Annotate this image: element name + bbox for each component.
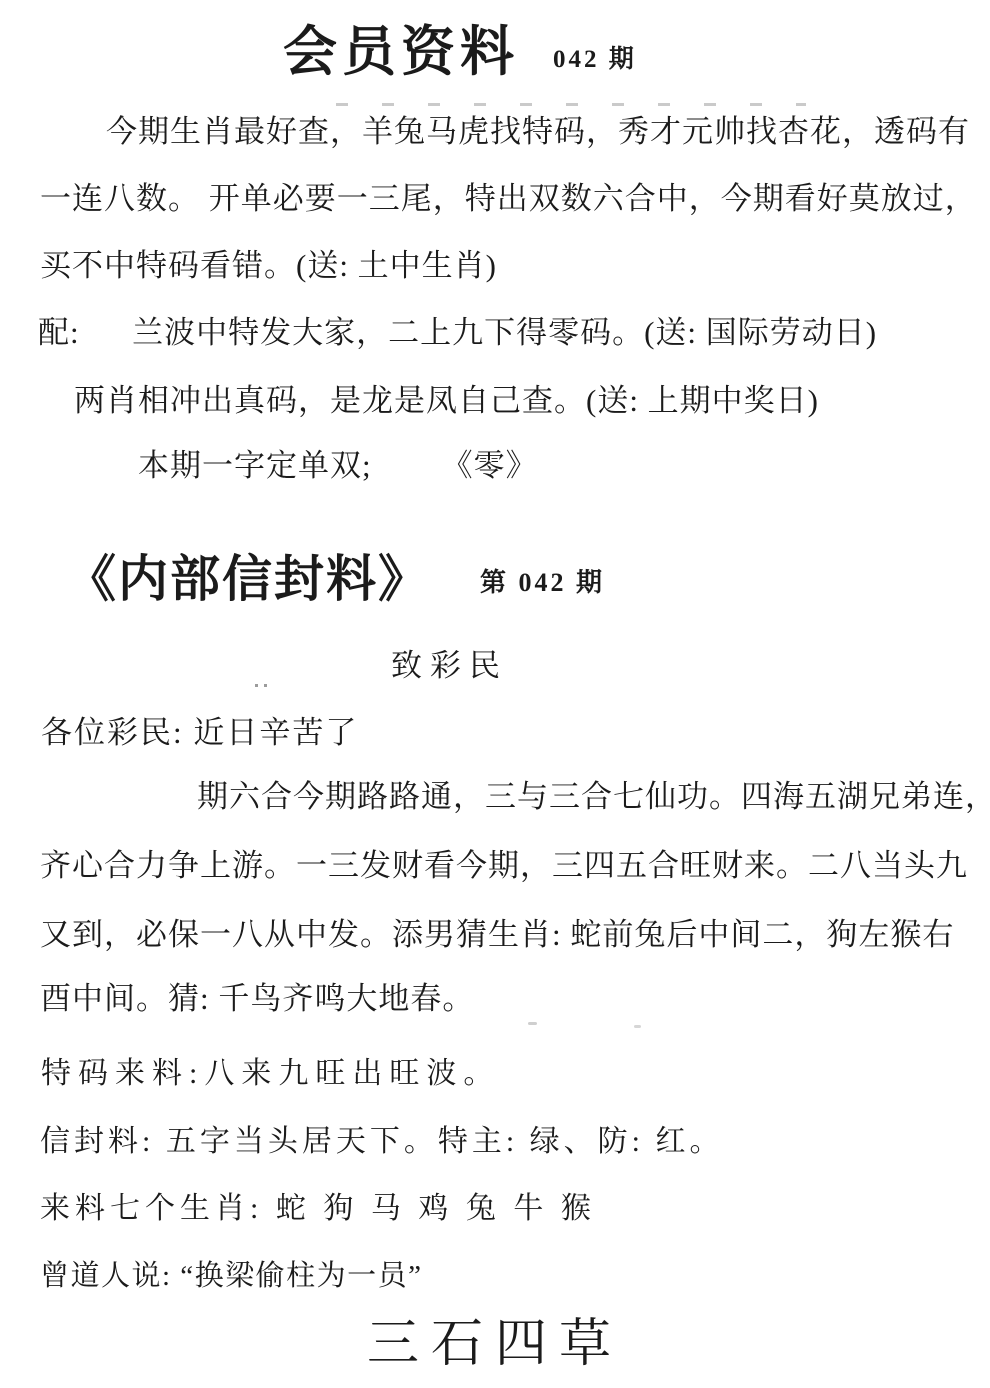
member-section-header: 会员资料 042 期: [283, 24, 637, 81]
scan-noise-dots-2: [528, 1022, 537, 1025]
envelope-body-line-3: 又到，必保一八从中发。添男猜生肖: 蛇前兔后中间二，狗左猴右: [40, 916, 954, 953]
envelope-body-line-2: 齐心合力争上游。一三发财看今期，三四五合旺财来。二八当头九: [40, 847, 968, 884]
salutation: 致彩民: [391, 647, 508, 684]
greeting-line: 各位彩民: 近日辛苦了: [41, 714, 358, 751]
signature-seal: 三石四草: [0, 1314, 990, 1376]
member-title: 会员资料: [283, 24, 519, 81]
member-odd-even-line: 本期一字定单双; 《零》: [138, 447, 538, 484]
letter-material-line: 信封料: 五字当头居天下。特主: 绿、防: 红。: [40, 1124, 724, 1160]
scan-noise-dots-1: [255, 684, 269, 687]
envelope-body-line-4: 酉中间。猜: 千鸟齐鸣大地春。: [40, 980, 474, 1017]
member-tips-line-1: 今期生肖最好查，羊兔马虎找特码，秀才元帅找杏花，透码有: [106, 113, 970, 150]
member-tips-line-2: 一连八数。 开单必要一三尾，特出双数六合中，今期看好莫放过，: [40, 180, 977, 217]
envelope-issue-number: 第 042 期: [480, 562, 605, 607]
scanned-tip-sheet: 会员资料 042 期 今期生肖最好查，羊兔马虎找特码，秀才元帅找杏花，透码有 一…: [0, 0, 990, 1388]
envelope-body-line-1: 期六合今期路路通，三与三合七仙功。四海五湖兄弟连，: [197, 778, 990, 815]
member-zodiac-clash-line: 两肖相冲出真码，是龙是凤自己查。(送: 上期中奖日): [74, 382, 819, 419]
member-issue-number: 042 期: [553, 39, 637, 81]
master-quote-line: 曾道人说: “换梁偷柱为一员”: [40, 1259, 423, 1294]
zodiac-list-line: 来料七个生肖: 蛇 狗 马 鸡 兔 牛 猴: [40, 1191, 596, 1227]
scan-noise-dots-3: [634, 1025, 641, 1028]
member-tips-line-3: 买不中特码看错。(送: 土中生肖): [40, 247, 497, 284]
special-code-line: 特码来料:八来九旺出旺波。: [41, 1056, 500, 1092]
member-pairing-line: 配: 兰波中特发大家，二上九下得零码。(送: 国际劳动日): [38, 314, 877, 351]
envelope-section-header: 《内部信封料》 第 042 期: [66, 552, 605, 607]
scan-noise-dashes: [336, 103, 806, 106]
envelope-title: 《内部信封料》: [66, 552, 430, 607]
